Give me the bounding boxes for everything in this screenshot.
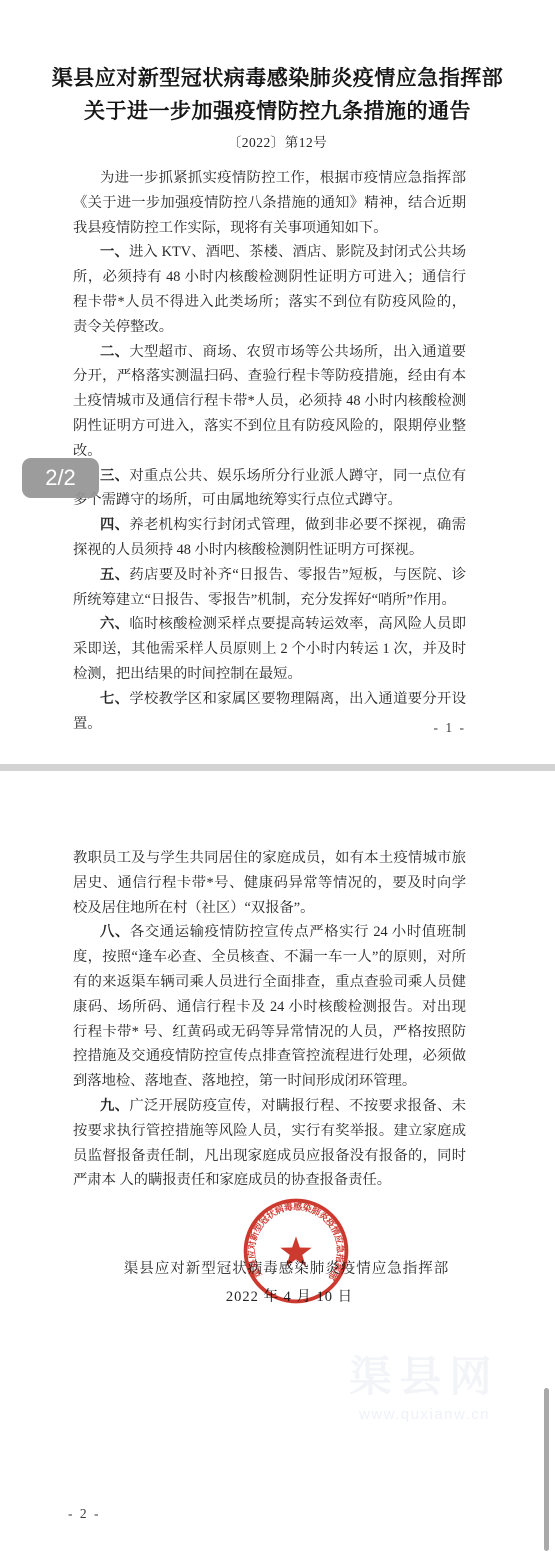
page1-body: 为进一步抓紧抓实疫情防控工作，根据市疫情应急指挥部《关于进一步加强疫情防控八条措… [73,166,466,736]
paragraph-item-7-continued: 教职员工及与学生共同居住的家庭成员，如有本土疫情城市旅居史、通信行程卡带*号、健… [73,846,466,920]
paragraph-text: 大型超市、商场、农贸市场等公共场所，出入通道要分开，严格落实测温扫码、查验行程卡… [73,344,466,459]
paragraph-number: 五、 [100,567,129,583]
site-watermark: 渠县网 www.quxianw.cn [332,1344,517,1423]
seal-star-icon [280,1236,311,1266]
paragraph-text: 药店要及时补齐“日报告、零报告”短板，与医院、诊所统筹建立“日报告、零报告”机制… [73,567,466,608]
paragraph-item-9: 九、广泛开展防疫宣传，对瞒报行程、不按要求报备、未按要求执行管控措施等风险人员，… [73,1094,466,1193]
document-number: 〔2022〕第12号 [0,131,555,151]
paragraph-number: 三、 [100,468,129,484]
paragraph-text: 教职员工及与学生共同居住的家庭成员，如有本土疫情城市旅居史、通信行程卡带*号、健… [73,850,466,916]
paragraph-intro: 为进一步抓紧抓实疫情防控工作，根据市疫情应急指挥部《关于进一步加强疫情防控八条措… [73,166,466,240]
paragraph-number: 一、 [100,244,129,260]
official-seal-stamp-icon: 渠县应对新型冠状病毒感染肺炎疫情应急指挥部 [241,1194,351,1308]
page-divider [0,764,555,771]
paragraph-number: 九、 [100,1098,129,1114]
watermark-site-name: 渠县网 [332,1344,517,1404]
document-title: 渠县应对新型冠状病毒感染肺炎疫情应急指挥部 关于进一步加强疫情防控九条措施的通告 [0,62,555,128]
paragraph-number: 六、 [100,616,129,632]
watermark-site-url: www.quxianw.cn [332,1406,517,1423]
paragraph-text: 临时核酸检测采样点要提高转运效率，高风险人员即采即送，其他需采样人员原则上 2 … [73,616,466,682]
page2-body: 教职员工及与学生共同居住的家庭成员，如有本土疫情城市旅居史、通信行程卡带*号、健… [73,846,466,1193]
paragraph-item-4: 四、养老机构实行封闭式管理，做到非必要不探视，确需探视的人员须持 48 小时内核… [73,513,466,563]
paragraph-text: 养老机构实行封闭式管理，做到非必要不探视，确需探视的人员须持 48 小时内核酸检… [73,517,466,558]
scrollbar-thumb[interactable] [544,1388,549,1551]
paragraph-number: 七、 [100,691,129,707]
document-title-line2: 关于进一步加强疫情防控九条措施的通告 [0,95,555,128]
paragraph-item-6: 六、临时核酸检测采样点要提高转运效率，高风险人员即采即送，其他需采样人员原则上 … [73,612,466,686]
paragraph-number: 四、 [100,517,129,533]
paragraph-text: 广泛开展防疫宣传，对瞒报行程、不按要求报备、未按要求执行管控措施等风险人员，实行… [73,1098,466,1188]
paragraph-item-2: 二、大型超市、商场、农贸市场等公共场所，出入通道要分开，严格落实测温扫码、查验行… [73,340,466,464]
paragraph-text: 进入 KTV、酒吧、茶楼、酒店、影院及封闭式公共场所，必须持有 48 小时内核酸… [73,244,466,334]
document-title-line1: 渠县应对新型冠状病毒感染肺炎疫情应急指挥部 [0,62,555,95]
page-indicator-badge: 2/2 [22,458,99,498]
paragraph-number: 二、 [100,344,129,360]
paragraph-item-3: 三、对重点公共、娱乐场所分行业派人蹲守，同一点位有多个需蹲守的场所，可由属地统筹… [73,464,466,514]
paragraph-text: 为进一步抓紧抓实疫情防控工作，根据市疫情应急指挥部《关于进一步加强疫情防控八条措… [73,170,466,236]
paragraph-item-1: 一、进入 KTV、酒吧、茶楼、酒店、影院及封闭式公共场所，必须持有 48 小时内… [73,240,466,339]
page1-number: - 1 - [73,720,466,736]
paragraph-text: 对重点公共、娱乐场所分行业派人蹲守，同一点位有多个需蹲守的场所，可由属地统筹实行… [73,468,466,509]
paragraph-item-8: 八、各交通运输疫情防控宣传点严格实行 24 小时值班制度，按照“逢车必查、全员核… [73,920,466,1094]
paragraph-number: 八、 [100,924,130,940]
paragraph-text: 各交通运输疫情防控宣传点严格实行 24 小时值班制度，按照“逢车必查、全员核查、… [73,924,466,1089]
paragraph-item-5: 五、药店要及时补齐“日报告、零报告”短板，与医院、诊所统筹建立“日报告、零报告”… [73,563,466,613]
page2-number: - 2 - [68,1506,101,1522]
